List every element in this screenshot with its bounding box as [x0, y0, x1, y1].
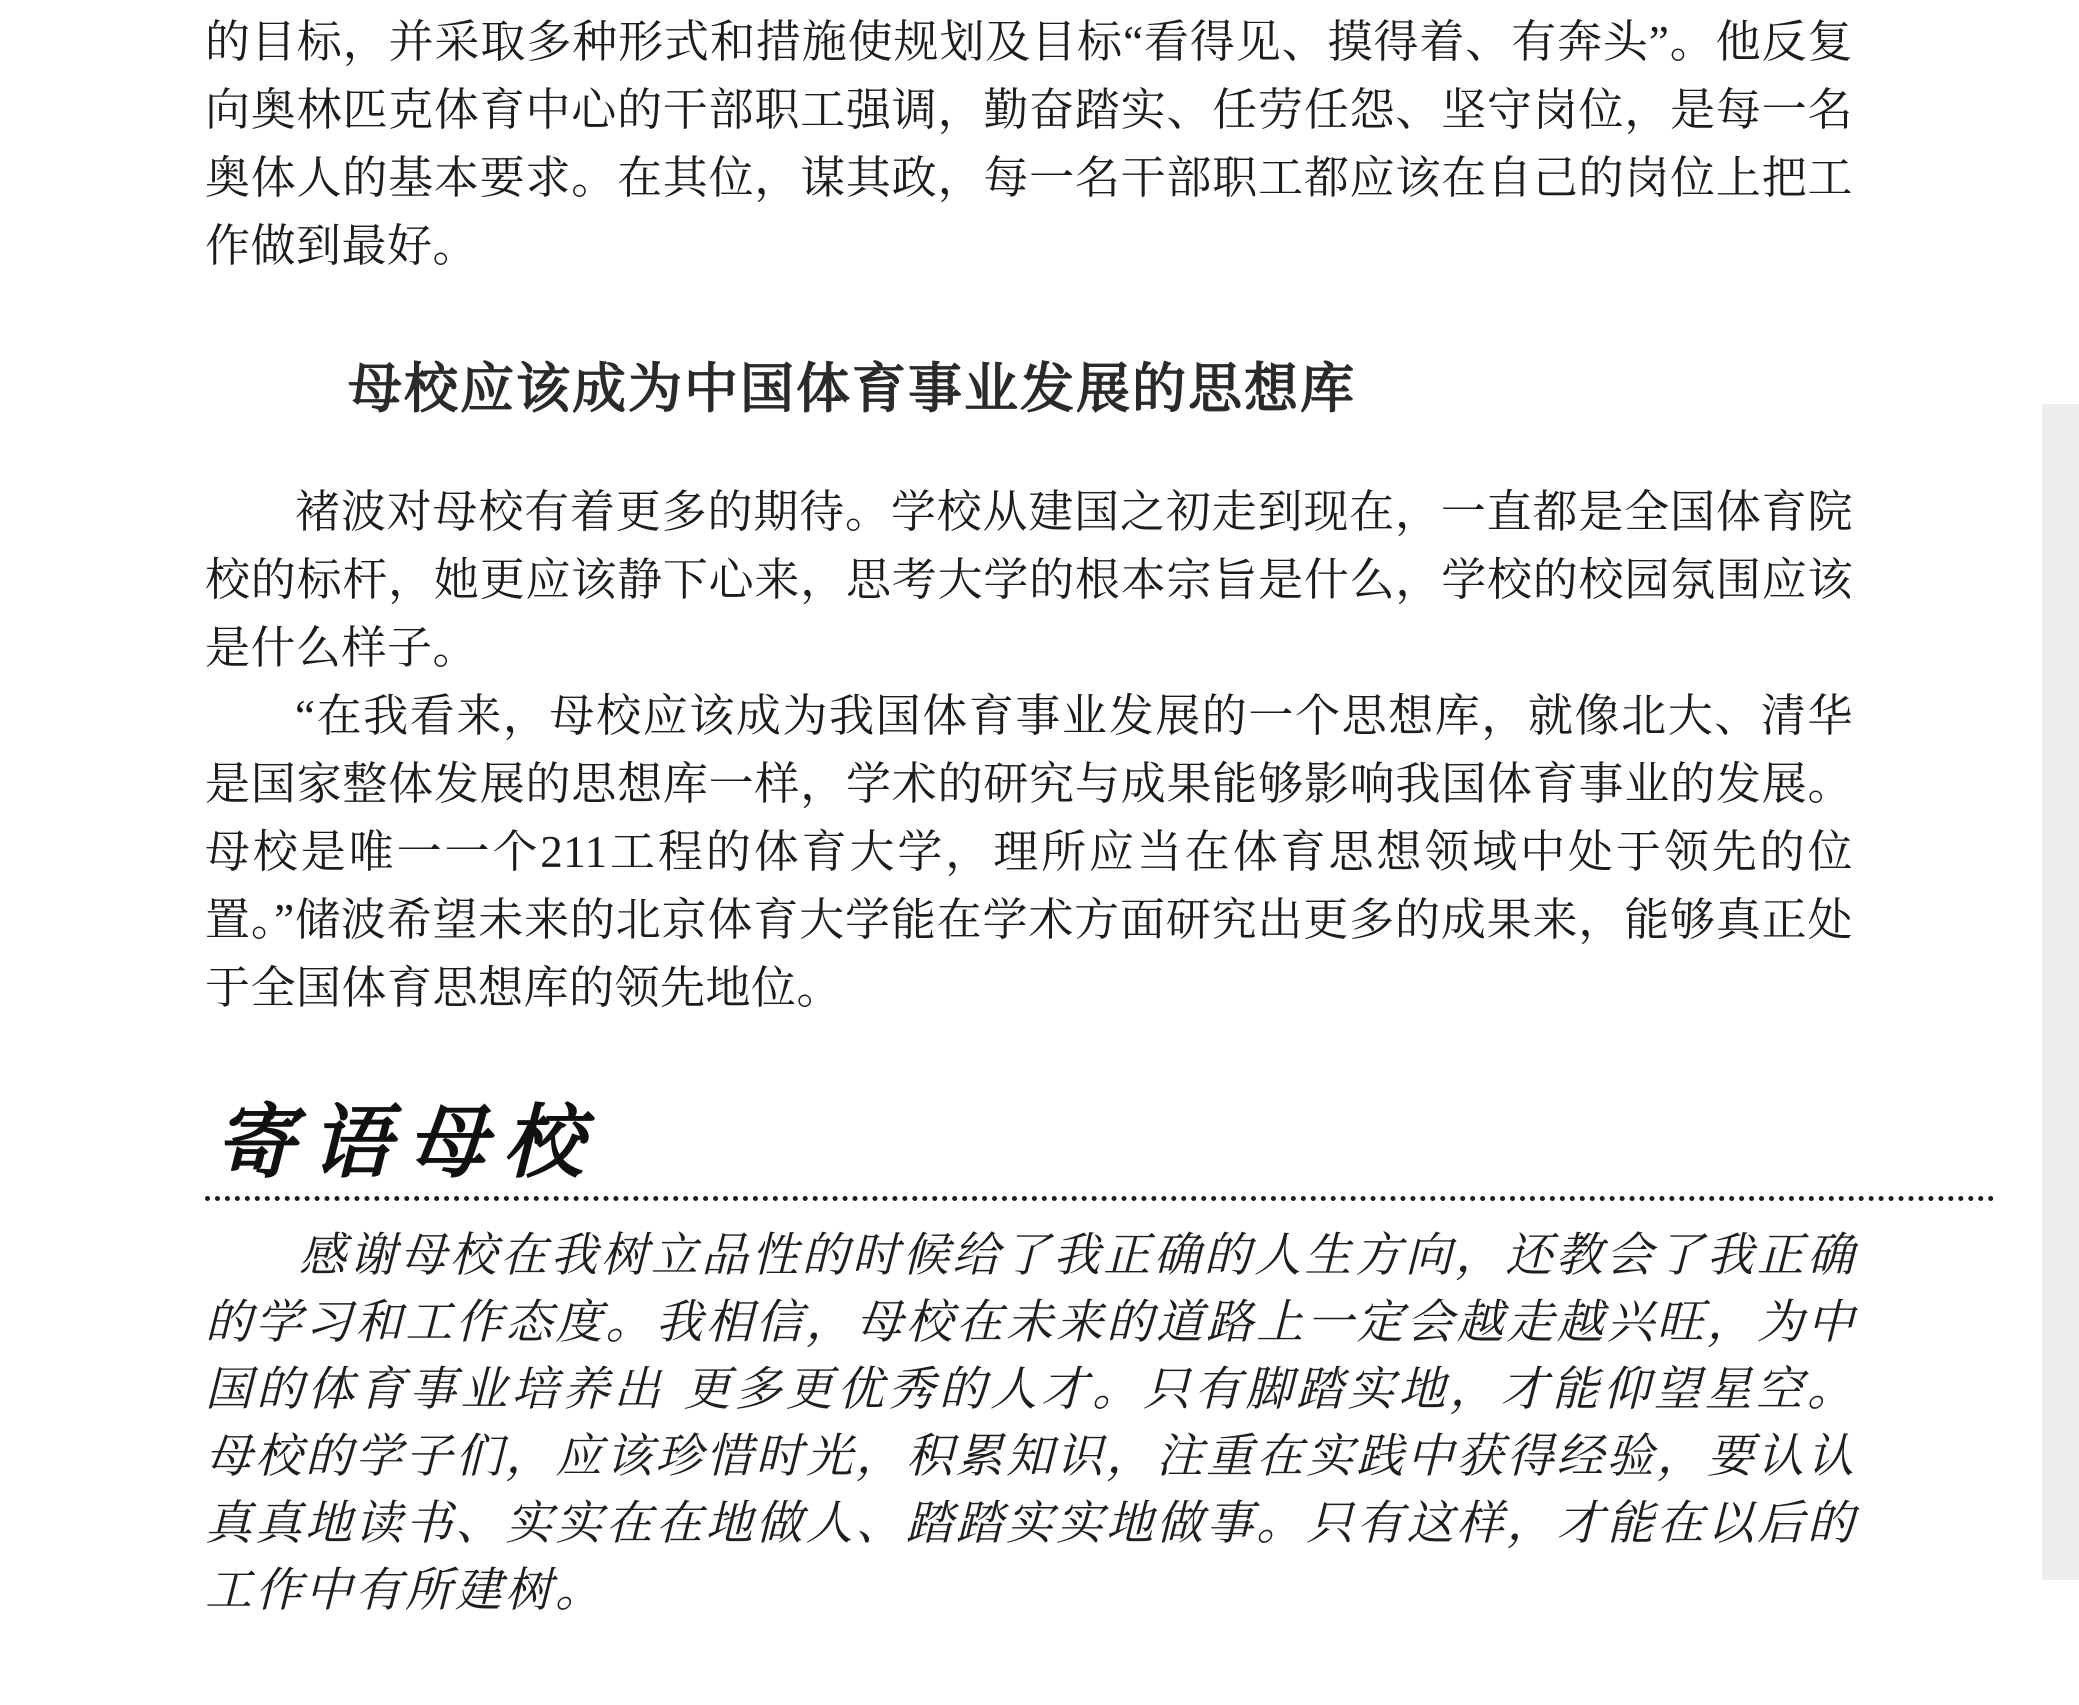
dotted-rule	[205, 1196, 1995, 1201]
section-heading: 母校应该成为中国体育事业发展的思想库	[348, 346, 1356, 423]
paragraph-dedication: 感谢母校在我树立品性的时候给了我正确的人生方向，还教会了我正确的学习和工作态度。…	[205, 1222, 1857, 1624]
calligraphy-heading: 寄语母校	[215, 1078, 599, 1193]
scan-edge-shadow	[2042, 404, 2079, 1580]
paragraph-continuation: 的目标，并采取多种形式和措施使规划及目标“看得见、摸得着、有奔头”。他反复向奥林…	[205, 8, 1853, 280]
paragraph-expectation: 褚波对母校有着更多的期待。学校从建国之初走到现在，一直都是全国体育院校的标杆，她…	[205, 478, 1853, 682]
paragraph-think-tank-quote: “在我看来，母校应该成为我国体育事业发展的一个思想库，就像北大、清华是国家整体发…	[205, 682, 1853, 1022]
body-text-block: 褚波对母校有着更多的期待。学校从建国之初走到现在，一直都是全国体育院校的标杆，她…	[205, 478, 1853, 1022]
book-page: 的目标，并采取多种形式和措施使规划及目标“看得见、摸得着、有奔头”。他反复向奥林…	[0, 0, 2079, 1705]
